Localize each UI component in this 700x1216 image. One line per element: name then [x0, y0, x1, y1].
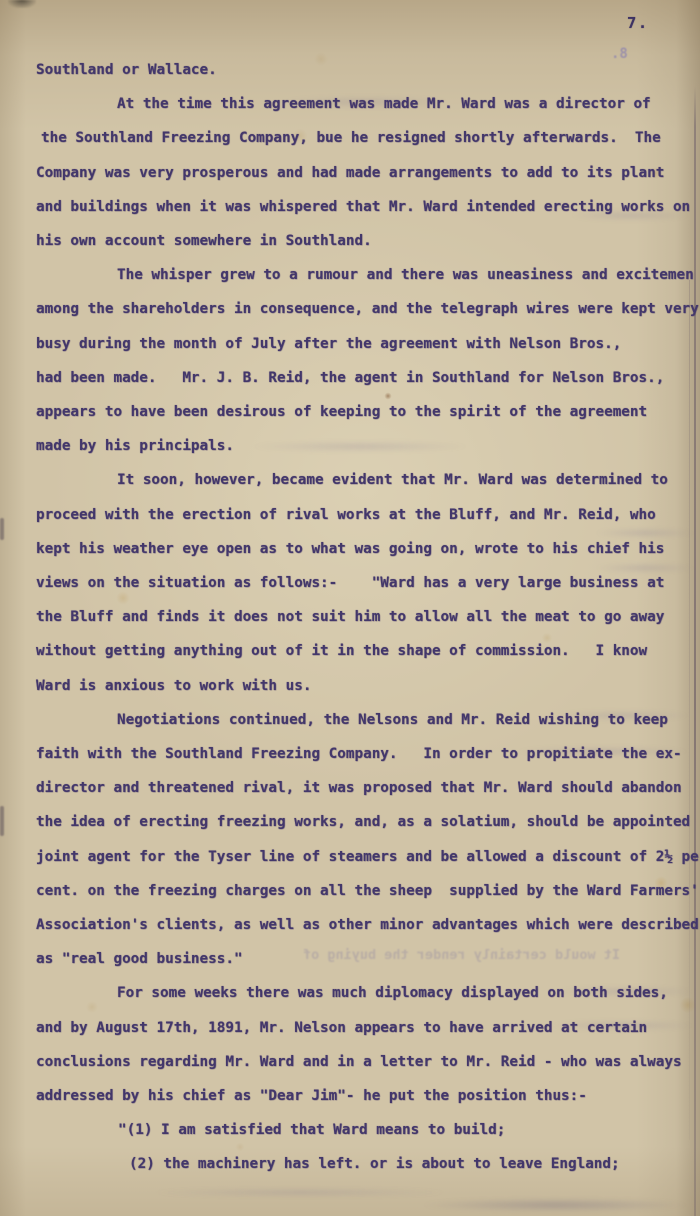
bleedthrough-smudge	[595, 563, 695, 573]
typed-line: Negotiations continued, the Nelsons and …	[117, 710, 668, 730]
typed-line: The whisper grew to a rumour and there w…	[117, 265, 694, 285]
typed-line: cent. on the freezing charges on all the…	[36, 881, 699, 901]
page-right-edge-line	[694, 86, 696, 1216]
page-right-edge-shadow	[689, 280, 690, 1140]
typed-line: and by August 17th, 1891, Mr. Nelson app…	[36, 1018, 647, 1038]
typed-line: director and threatened rival, it was pr…	[36, 778, 682, 798]
typed-line: his own account somewhere in Southland.	[36, 231, 372, 251]
bleedthrough-smudge	[595, 528, 695, 538]
typed-line: It soon, however, became evident that Mr…	[117, 470, 668, 490]
typed-line: busy during the month of July after the …	[36, 334, 621, 354]
typed-line: appears to have been desirous of keeping…	[36, 402, 647, 422]
typed-line: the Southland Freezing Company, bue he r…	[41, 128, 661, 148]
typed-line: faith with the Southland Freezing Compan…	[36, 744, 682, 764]
typed-line: At the time this agreement was made Mr. …	[117, 94, 651, 114]
typed-line: kept his weather eye open as to what was…	[36, 539, 664, 559]
bleedthrough-smudge	[250, 441, 470, 452]
bleedthrough-text-line: It would certainly render the buying of	[240, 947, 620, 963]
typed-line: and buildings when it was whispered that…	[36, 197, 690, 217]
typed-line: (2) the machinery has left. or is about …	[129, 1154, 620, 1174]
bleedthrough-smudge	[150, 1188, 450, 1197]
ghost-page-number-mark: .8	[611, 46, 628, 62]
typed-line: among the shareholders in consequence, a…	[36, 299, 699, 319]
left-edge-mark	[0, 518, 4, 540]
typed-line: addressed by his chief as "Dear Jim"- he…	[36, 1086, 587, 1106]
typed-line: the idea of erecting freezing works, and…	[36, 812, 690, 832]
typed-line: Southland or Wallace.	[36, 60, 217, 80]
typed-line: Ward is anxious to work with us.	[36, 676, 311, 696]
document-page: 7. .8 It would certainly render the buyi…	[0, 0, 700, 1216]
bleedthrough-smudge	[420, 1198, 690, 1212]
left-edge-mark	[0, 806, 4, 836]
page-number: 7.	[627, 14, 649, 32]
typed-line: as "real good business."	[36, 949, 243, 969]
typed-line: joint agent for the Tyser line of steame…	[36, 847, 699, 867]
typed-line: views on the situation as follows:- "War…	[36, 573, 664, 593]
typed-line: conclusions regarding Mr. Ward and in a …	[36, 1052, 682, 1072]
typed-line: had been made. Mr. J. B. Reid, the agent…	[36, 368, 664, 388]
top-edge-ink-blotch	[8, 0, 36, 8]
typed-line: Association's clients, as well as other …	[36, 915, 699, 935]
typed-line: made by his principals.	[36, 436, 234, 456]
typed-line: the Bluff and finds it does not suit him…	[36, 607, 664, 627]
typed-line: Company was very prosperous and had made…	[36, 163, 664, 183]
typed-line: without getting anything out of it in th…	[36, 641, 647, 661]
typed-line: For some weeks there was much diplomacy …	[117, 983, 668, 1003]
typed-line: "(1) I am satisfied that Ward means to b…	[118, 1120, 505, 1140]
typed-line: proceed with the erection of rival works…	[36, 505, 656, 525]
